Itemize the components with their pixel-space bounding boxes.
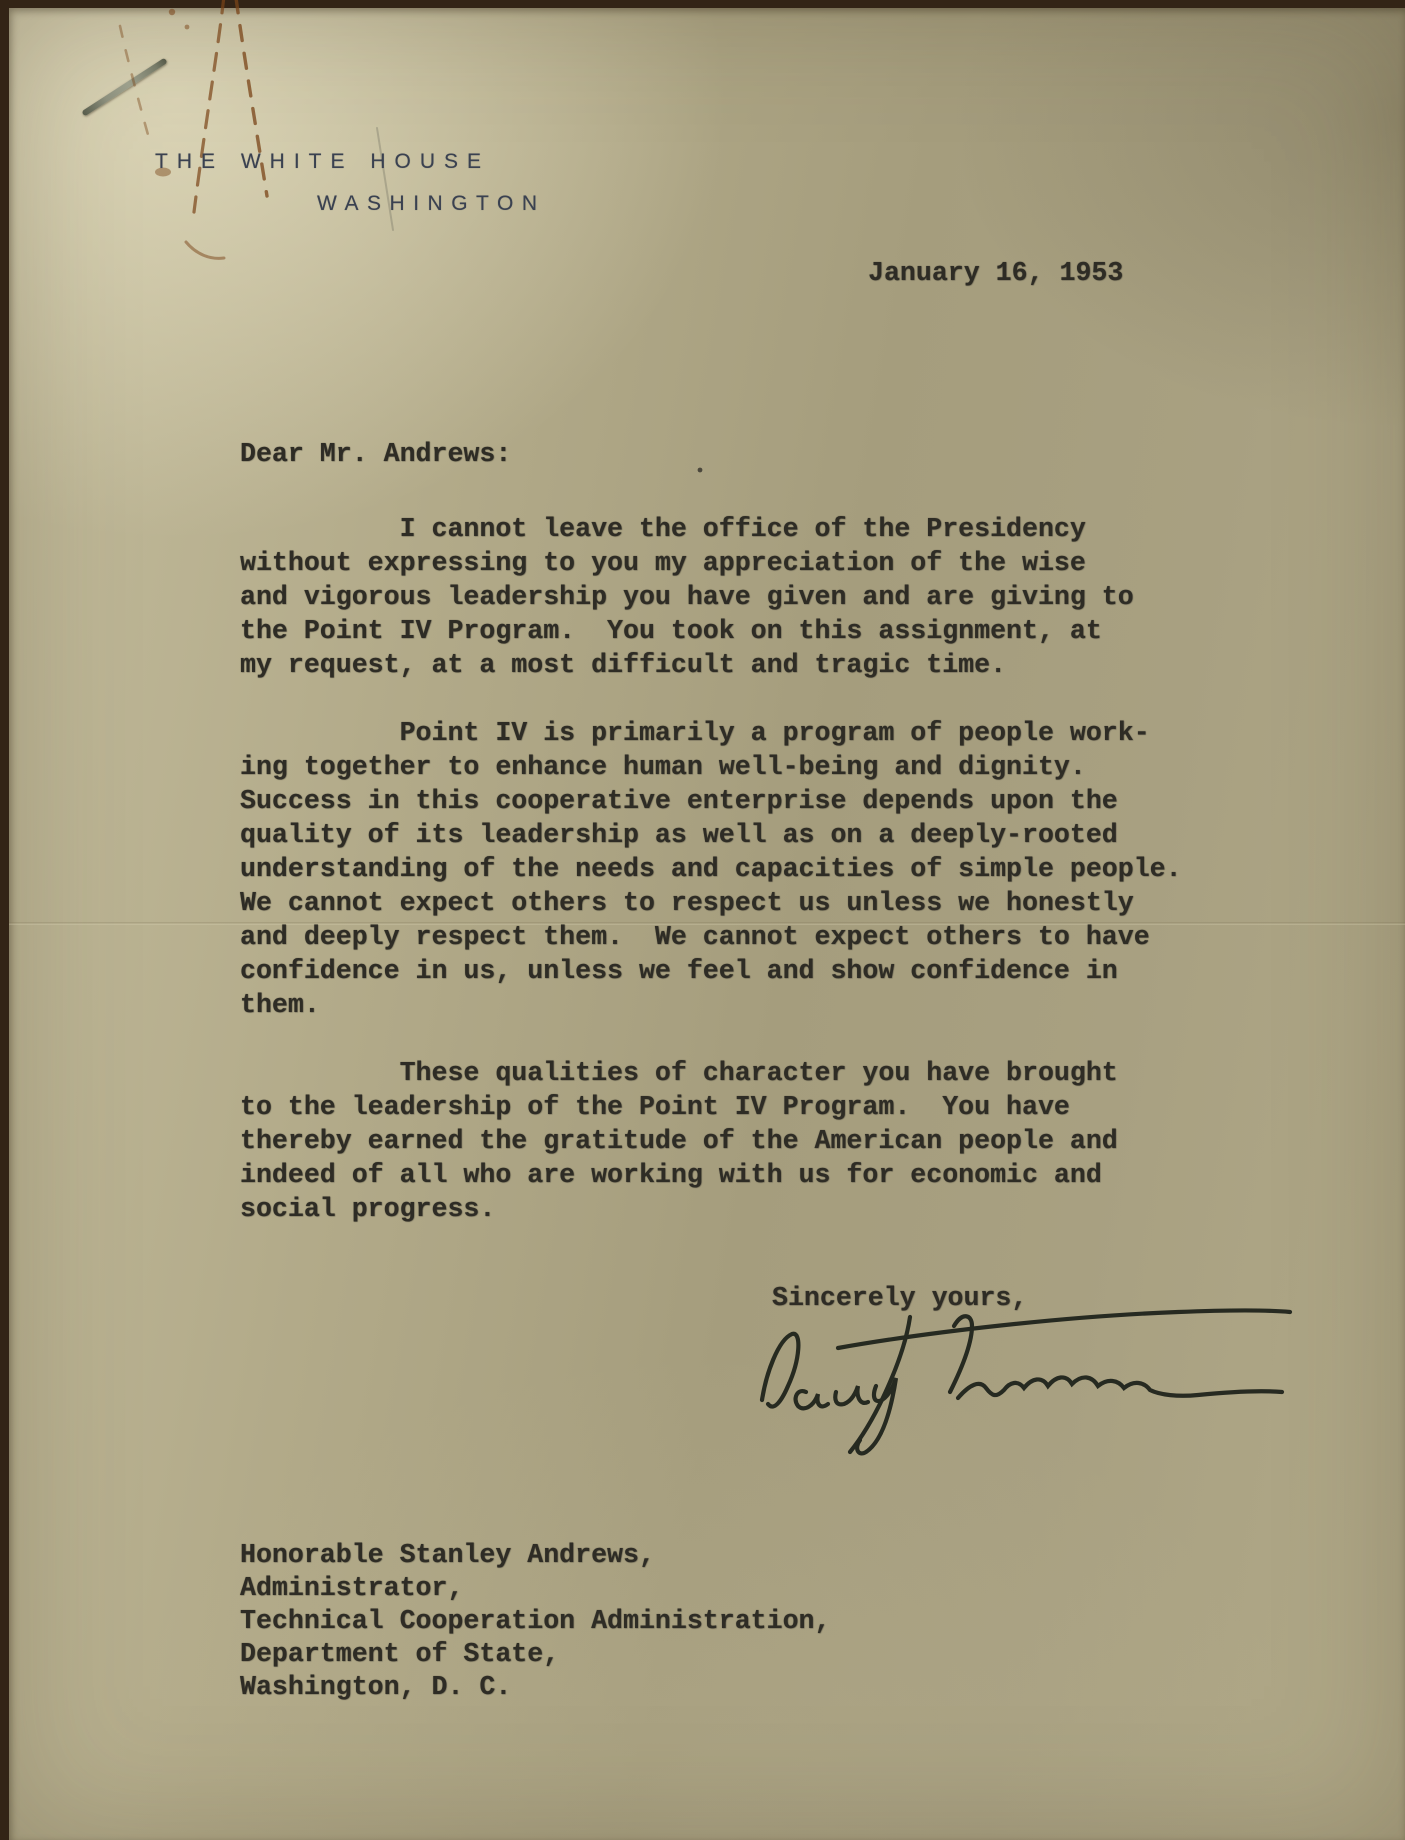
- recipient-address: Honorable Stanley Andrews,Administrator,…: [240, 1539, 830, 1704]
- scanned-letter: THE WHITE HOUSE WASHINGTON January 16, 1…: [0, 0, 1405, 1840]
- body-line: We cannot expect others to respect us un…: [240, 886, 1182, 920]
- signature-harry-truman: [748, 1298, 1293, 1463]
- body-line: understanding of the needs and capacitie…: [240, 852, 1182, 886]
- body-line: the Point IV Program. You took on this a…: [240, 614, 1182, 648]
- address-line: Department of State,: [240, 1638, 830, 1671]
- body-line: to the leadership of the Point IV Progra…: [240, 1090, 1182, 1124]
- body-line: indeed of all who are working with us fo…: [240, 1158, 1182, 1192]
- salutation: Dear Mr. Andrews:: [240, 437, 511, 471]
- body-line: [240, 1022, 1182, 1056]
- body-line: ing together to enhance human well-being…: [240, 750, 1182, 784]
- address-line: Technical Cooperation Administration,: [240, 1605, 830, 1638]
- body-line: confidence in us, unless we feel and sho…: [240, 954, 1182, 988]
- date-line: January 16, 1953: [868, 256, 1123, 290]
- letterhead-line2: WASHINGTON: [317, 192, 546, 216]
- body-line: without expressing to you my appreciatio…: [240, 546, 1182, 580]
- body-line: social progress.: [240, 1192, 1182, 1226]
- address-line: Washington, D. C.: [240, 1671, 830, 1704]
- body-line: thereby earned the gratitude of the Amer…: [240, 1124, 1182, 1158]
- body-line: These qualities of character you have br…: [240, 1056, 1182, 1090]
- body-line: I cannot leave the office of the Preside…: [240, 512, 1182, 546]
- body-line: them.: [240, 988, 1182, 1022]
- body-line: Point IV is primarily a program of peopl…: [240, 716, 1182, 750]
- address-line: Administrator,: [240, 1572, 830, 1605]
- body-line: and deeply respect them. We cannot expec…: [240, 920, 1182, 954]
- body-line: Success in this cooperative enterprise d…: [240, 784, 1182, 818]
- body-line: [240, 682, 1182, 716]
- body-line: quality of its leadership as well as on …: [240, 818, 1182, 852]
- letter-body: I cannot leave the office of the Preside…: [240, 512, 1182, 1226]
- body-line: and vigorous leadership you have given a…: [240, 580, 1182, 614]
- address-line: Honorable Stanley Andrews,: [240, 1539, 830, 1572]
- body-line: my request, at a most difficult and trag…: [240, 648, 1182, 682]
- letterhead-line1: THE WHITE HOUSE: [155, 150, 490, 174]
